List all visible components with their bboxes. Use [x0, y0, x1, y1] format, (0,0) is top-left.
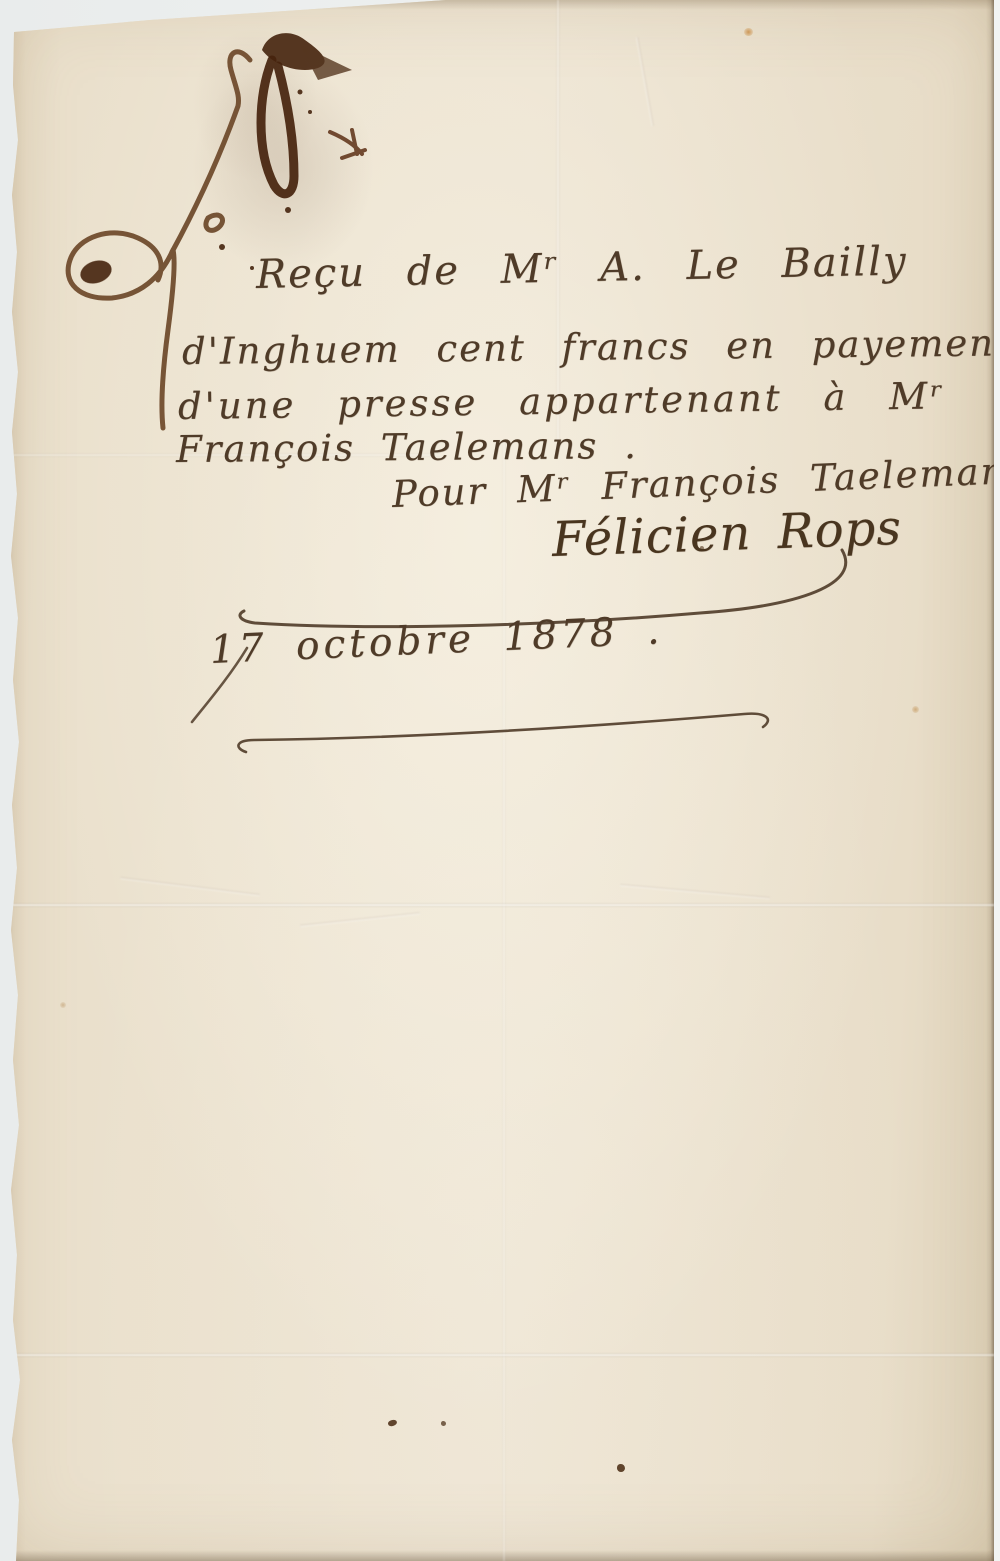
date-flourish	[192, 648, 768, 752]
ink-overlay	[0, 0, 1000, 1561]
signature-flourish	[240, 550, 846, 627]
paper-sheet: Reçu de Mʳ A. Le Bailly d'Inghuem cent f…	[0, 0, 1000, 1561]
corner-ink-mark	[68, 33, 365, 428]
scan-background: Reçu de Mʳ A. Le Bailly d'Inghuem cent f…	[0, 0, 1000, 1561]
